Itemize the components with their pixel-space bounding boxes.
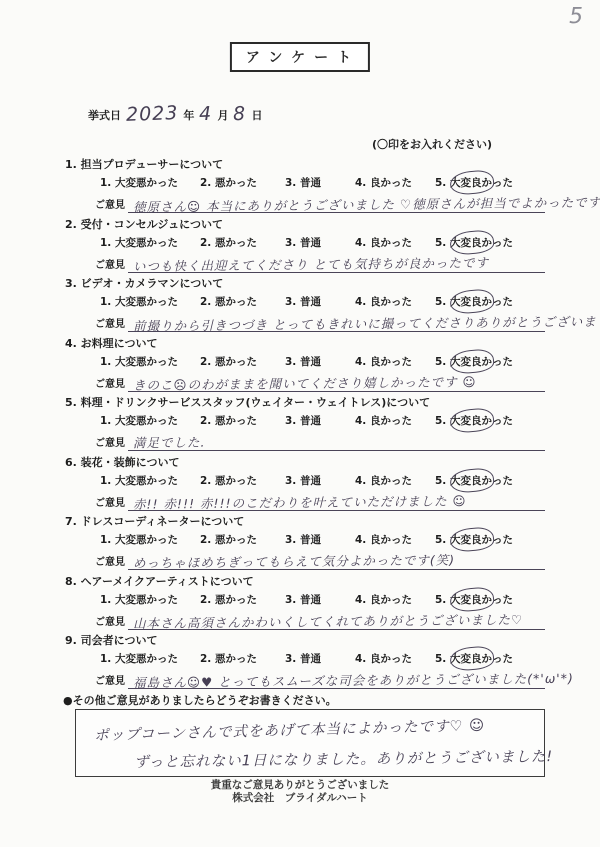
rating-option: 2. 悪かった [200, 235, 285, 250]
comment-underline: 赤!! 赤!!! 赤!!!のこだわりを叶えていただけました ☺ [128, 489, 545, 511]
rating-options: 1. 大変悪かった2. 悪かった3. 普通4. 良かった5. 大変良かった [65, 354, 600, 369]
rating-options: 1. 大変悪かった2. 悪かった3. 普通4. 良かった5. 大変良かった [65, 175, 600, 190]
handwritten-comment: 徳原さん☺ 本当にありがとうございました ♡徳原さんが担当でよかったです!!! [133, 192, 600, 215]
survey-section: 4. お料理について1. 大変悪かった2. 悪かった3. 普通4. 良かった5.… [0, 335, 600, 395]
comment-row: ご意見きのこ☹のわがままを聞いてくださり嬉しかったです ☺ [65, 370, 545, 392]
rating-option: 1. 大変悪かった [100, 473, 200, 488]
handwritten-comment: きのこ☹のわがままを聞いてくださり嬉しかったです ☺ [133, 372, 477, 394]
rating-option: 1. 大変悪かった [100, 651, 200, 666]
survey-section: 2. 受付・コンセルジュについて1. 大変悪かった2. 悪かった3. 普通4. … [0, 216, 600, 276]
rating-option: 2. 悪かった [200, 354, 285, 369]
rating-option: 3. 普通 [285, 354, 355, 369]
comment-label: ご意見 [95, 434, 125, 451]
rating-option: 3. 普通 [285, 592, 355, 607]
year-unit: 年 [183, 107, 194, 123]
rating-option: 5. 大変良かった [435, 294, 513, 309]
handwritten-year: 2023 [126, 102, 179, 126]
rating-option: 1. 大変悪かった [100, 235, 200, 250]
handwritten-comment: めっちゃほめちぎってもらえて気分よかったです(笑) [133, 550, 455, 571]
date-label: 挙式日 [88, 107, 121, 123]
survey-section: 8. ヘアーメイクアーティストについて1. 大変悪かった2. 悪かった3. 普通… [0, 573, 600, 633]
survey-title: アンケート [230, 42, 370, 72]
comment-label: ご意見 [95, 494, 125, 511]
section-title: 5. 料理・ドリンクサービススタッフ(ウェイター・ウェイトレス)について [65, 394, 600, 410]
other-comments-label: ●その他ご意見がありましたらどうぞお書きください。 [63, 692, 337, 708]
comment-underline: 福島さん☺♥ とってもスムーズな司会をありがとうございました(*'ω'*) [128, 667, 545, 689]
rating-option: 3. 普通 [285, 473, 355, 488]
comment-underline: 前撮りから引きつづき とってもきれいに撮ってくださりありがとうございました ☺ [128, 310, 545, 332]
rating-option: 4. 良かった [355, 651, 435, 666]
comment-label: ご意見 [95, 375, 125, 392]
rating-option: 5. 大変良かった [435, 473, 513, 488]
comment-row: ご意見いつも快く出迎えてくださり とても気持ちが良かったです [65, 251, 545, 273]
rating-option: 4. 良かった [355, 413, 435, 428]
rating-option: 3. 普通 [285, 235, 355, 250]
rating-option: 5. 大変良かった [435, 413, 513, 428]
free-comment-box: ポップコーンさんで式をあげて本当によかったです♡ ☺ ずっと忘れない1日になりま… [75, 709, 545, 777]
comment-underline: 山本さん高須さんかわいくしてくれてありがとうございました♡ [128, 608, 545, 630]
handwritten-comment: いつも快く出迎えてくださり とても気持ちが良かったです [133, 253, 489, 275]
rating-option: 2. 悪かった [200, 532, 285, 547]
section-title: 2. 受付・コンセルジュについて [65, 216, 600, 232]
rating-option: 2. 悪かった [200, 413, 285, 428]
comment-underline: きのこ☹のわがままを聞いてくださり嬉しかったです ☺ [128, 370, 545, 392]
rating-option: 2. 悪かった [200, 473, 285, 488]
comment-row: ご意見徳原さん☺ 本当にありがとうございました ♡徳原さんが担当でよかったです!… [65, 191, 545, 213]
rating-option: 1. 大変悪かった [100, 413, 200, 428]
rating-option: 5. 大変良かった [435, 235, 513, 250]
comment-underline: 満足でした. [128, 429, 545, 451]
rating-option: 4. 良かった [355, 235, 435, 250]
rating-option: 2. 悪かった [200, 651, 285, 666]
rating-option: 1. 大変悪かった [100, 532, 200, 547]
month-unit: 月 [217, 107, 228, 123]
rating-options: 1. 大変悪かった2. 悪かった3. 普通4. 良かった5. 大変良かった [65, 592, 600, 607]
rating-options: 1. 大変悪かった2. 悪かった3. 普通4. 良かった5. 大変良かった [65, 235, 600, 250]
rating-option: 3. 普通 [285, 651, 355, 666]
rating-option: 1. 大変悪かった [100, 354, 200, 369]
rating-options: 1. 大変悪かった2. 悪かった3. 普通4. 良かった5. 大変良かった [65, 473, 600, 488]
rating-option: 1. 大変悪かった [100, 294, 200, 309]
comment-label: ご意見 [95, 196, 125, 213]
handwritten-comment: 赤!! 赤!!! 赤!!!のこだわりを叶えていただけました ☺ [133, 491, 467, 512]
section-title: 1. 担当プロデューサーについて [65, 156, 600, 172]
rating-option: 3. 普通 [285, 413, 355, 428]
section-title: 8. ヘアーメイクアーティストについて [65, 573, 600, 589]
scanned-survey-page: 5 アンケート 挙式日 2023 年 4 月 8 日 (〇印をお入れください) … [0, 0, 600, 847]
rating-option: 2. 悪かった [200, 175, 285, 190]
rating-options: 1. 大変悪かった2. 悪かった3. 普通4. 良かった5. 大変良かった [65, 532, 600, 547]
rating-option: 3. 普通 [285, 175, 355, 190]
survey-section: 7. ドレスコーディネーターについて1. 大変悪かった2. 悪かった3. 普通4… [0, 513, 600, 573]
rating-option: 2. 悪かった [200, 592, 285, 607]
survey-section: 1. 担当プロデューサーについて1. 大変悪かった2. 悪かった3. 普通4. … [0, 156, 600, 216]
rating-option: 4. 良かった [355, 592, 435, 607]
comment-row: ご意見満足でした. [65, 429, 545, 451]
handwritten-comment: 福島さん☺♥ とってもスムーズな司会をありがとうございました(*'ω'*) [133, 669, 574, 692]
survey-section: 5. 料理・ドリンクサービススタッフ(ウェイター・ウェイトレス)について1. 大… [0, 394, 600, 454]
handwritten-day: 8 [233, 103, 247, 125]
rating-option: 3. 普通 [285, 294, 355, 309]
handwritten-month: 4 [199, 103, 213, 125]
rating-option: 5. 大変良かった [435, 532, 513, 547]
footer-thanks: 貴重なご意見ありがとうございました [0, 779, 600, 792]
rating-option: 5. 大変良かった [435, 354, 513, 369]
rating-option: 4. 良かった [355, 354, 435, 369]
handwritten-page-number: 5 [569, 4, 584, 29]
handwritten-comment: 満足でした. [133, 433, 206, 452]
comment-row: ご意見福島さん☺♥ とってもスムーズな司会をありがとうございました(*'ω'*) [65, 667, 545, 689]
comment-row: ご意見めっちゃほめちぎってもらえて気分よかったです(笑) [65, 548, 545, 570]
comment-row: ご意見山本さん高須さんかわいくしてくれてありがとうございました♡ [65, 608, 545, 630]
comment-underline: いつも快く出迎えてくださり とても気持ちが良かったです [128, 251, 545, 273]
survey-section: 9. 司会者について1. 大変悪かった2. 悪かった3. 普通4. 良かった5.… [0, 632, 600, 692]
survey-section: 3. ビデオ・カメラマンについて1. 大変悪かった2. 悪かった3. 普通4. … [0, 275, 600, 335]
footer-company: 株式会社 ブライダルハート [0, 792, 600, 805]
handwritten-free-comment-line2: ずっと忘れない1日になりました。ありがとうございました! [134, 745, 553, 772]
section-title: 9. 司会者について [65, 632, 600, 648]
handwritten-free-comment-line1: ポップコーンさんで式をあげて本当によかったです♡ ☺ [94, 714, 486, 745]
rating-option: 5. 大変良かった [435, 175, 513, 190]
rating-option: 5. 大変良かった [435, 592, 513, 607]
rating-option: 4. 良かった [355, 175, 435, 190]
rating-options: 1. 大変悪かった2. 悪かった3. 普通4. 良かった5. 大変良かった [65, 294, 600, 309]
comment-label: ご意見 [95, 613, 125, 630]
comment-label: ご意見 [95, 256, 125, 273]
handwritten-comment: 山本さん高須さんかわいくしてくれてありがとうございました♡ [133, 609, 523, 631]
comment-underline: 徳原さん☺ 本当にありがとうございました ♡徳原さんが担当でよかったです!!! [128, 191, 545, 213]
section-title: 3. ビデオ・カメラマンについて [65, 275, 600, 291]
survey-sections: 1. 担当プロデューサーについて1. 大変悪かった2. 悪かった3. 普通4. … [0, 156, 600, 692]
rating-option: 5. 大変良かった [435, 651, 513, 666]
comment-label: ご意見 [95, 672, 125, 689]
comment-label: ご意見 [95, 553, 125, 570]
rating-options: 1. 大変悪かった2. 悪かった3. 普通4. 良かった5. 大変良かった [65, 651, 600, 666]
day-unit: 日 [252, 107, 263, 123]
survey-section: 6. 装花・装飾について1. 大変悪かった2. 悪かった3. 普通4. 良かった… [0, 454, 600, 514]
section-title: 4. お料理について [65, 335, 600, 351]
comment-row: ご意見前撮りから引きつづき とってもきれいに撮ってくださりありがとうございました… [65, 310, 545, 332]
comment-label: ご意見 [95, 315, 125, 332]
comment-underline: めっちゃほめちぎってもらえて気分よかったです(笑) [128, 548, 545, 570]
circle-instruction-note: (〇印をお入れください) [372, 136, 492, 152]
rating-option: 1. 大変悪かった [100, 175, 200, 190]
section-title: 7. ドレスコーディネーターについて [65, 513, 600, 529]
rating-option: 3. 普通 [285, 532, 355, 547]
rating-option: 4. 良かった [355, 294, 435, 309]
section-title: 6. 装花・装飾について [65, 454, 600, 470]
rating-options: 1. 大変悪かった2. 悪かった3. 普通4. 良かった5. 大変良かった [65, 413, 600, 428]
comment-row: ご意見赤!! 赤!!! 赤!!!のこだわりを叶えていただけました ☺ [65, 489, 545, 511]
rating-option: 4. 良かった [355, 532, 435, 547]
handwritten-comment: 前撮りから引きつづき とってもきれいに撮ってくださりありがとうございました ☺ [133, 311, 600, 334]
rating-option: 2. 悪かった [200, 294, 285, 309]
ceremony-date-row: 挙式日 2023 年 4 月 8 日 [88, 102, 263, 124]
footer: 貴重なご意見ありがとうございました 株式会社 ブライダルハート [0, 779, 600, 805]
rating-option: 1. 大変悪かった [100, 592, 200, 607]
rating-option: 4. 良かった [355, 473, 435, 488]
